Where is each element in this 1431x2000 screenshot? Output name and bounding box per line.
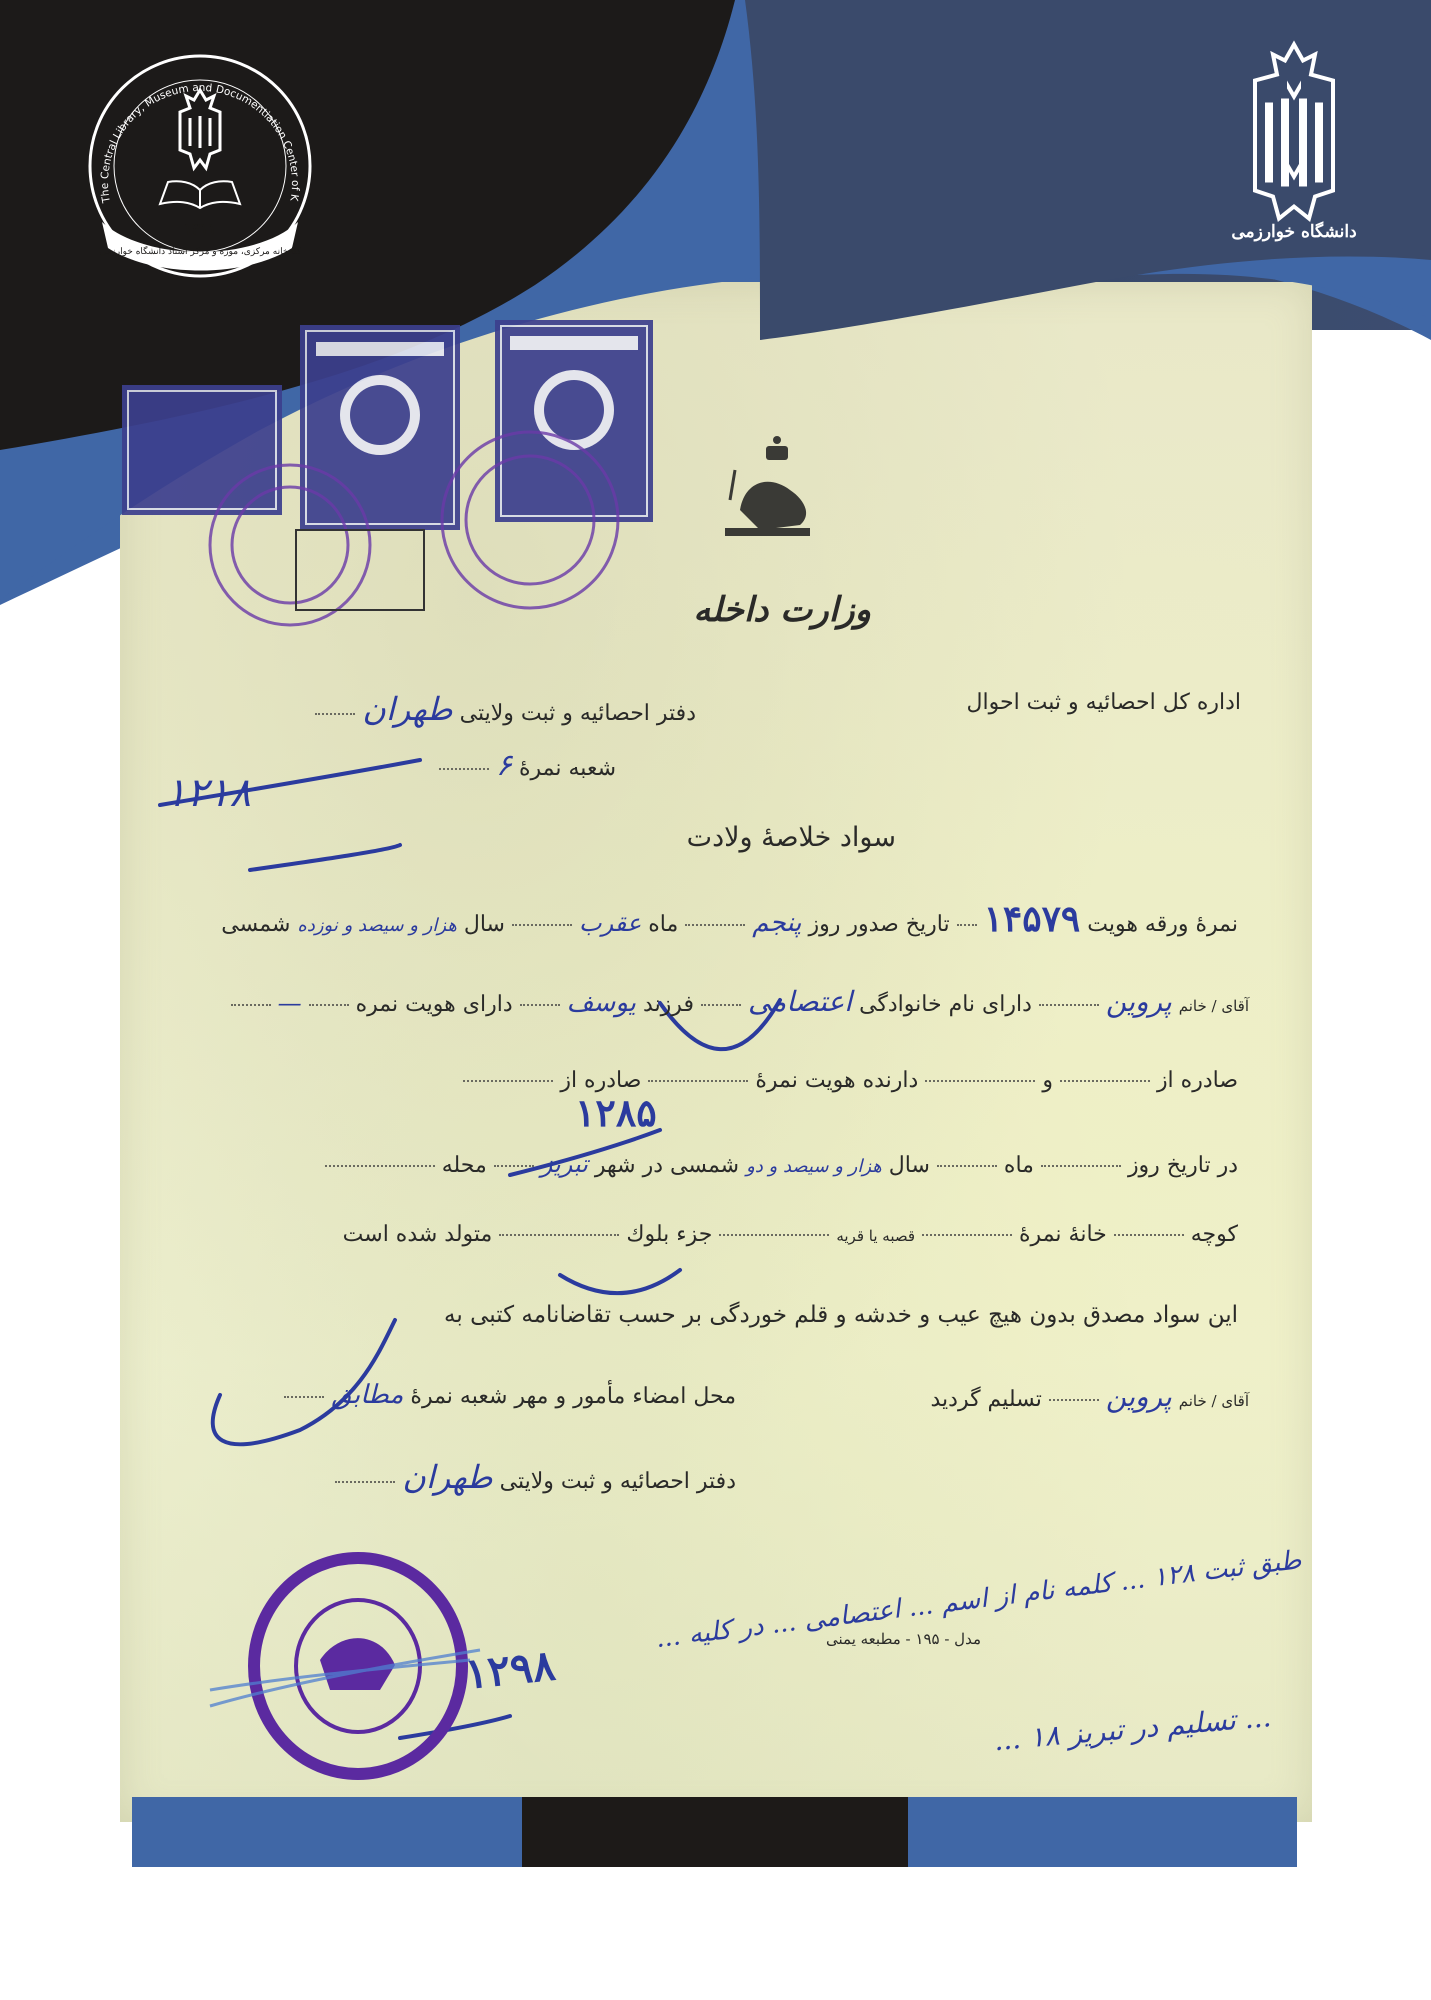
logo-year: ۱۳۱۱	[184, 220, 216, 238]
father-name: یوسف	[567, 988, 636, 1018]
form-line-birth-date: در تاریخ روز ماه سال هزار و سیصد و دو شم…	[325, 1150, 1238, 1178]
margin-note-year: ۱۲۱۸	[165, 770, 251, 816]
certification-text: این سواد مصدق بدون هیچ عیب و خدشه و قلم …	[444, 1302, 1238, 1328]
form-line-address: کوچه خانهٔ نمرهٔ قصبه یا قریه جزء بلوك م…	[343, 1222, 1238, 1247]
person-first-name: پروین	[1106, 985, 1172, 1018]
office-left-heading: اداره کل احصائیه و ثبت احوال	[967, 690, 1241, 715]
recipient-line: آقای / خانم پروین تسلیم گردید	[930, 1380, 1249, 1413]
footer-bar-right	[908, 1797, 1297, 1867]
form-model-text: مدل - ۱۹۵ - مطبعه یمنی	[826, 1630, 981, 1648]
signature-line: محل امضاء مأمور و مهر شعبه نمرهٔ مطابق	[284, 1380, 736, 1410]
handwritten-year: ۱۲۹۸	[463, 1640, 558, 1698]
central-library-logo: The Central Library, Museum and Document…	[86, 52, 314, 280]
footer-bar-left	[132, 1797, 522, 1867]
birth-city: تبریز	[541, 1150, 588, 1178]
branch-value: ۶	[496, 748, 512, 783]
birth-year-words: هزار و سیصد و دو	[746, 1156, 882, 1177]
form-line-id-number: نمرهٔ ورقه هویت ۱۴۵۷۹ تاریخ صدور روز پنج…	[221, 898, 1238, 940]
branch-number-line: شعبه نمرهٔ ۶	[439, 748, 616, 783]
office-right-heading: دفتر احصائیه و ثبت ولایتی طهران	[315, 690, 696, 728]
birth-year-annotation: ۱۲۸۵	[575, 1090, 657, 1135]
ministry-title: وزارت داخله	[693, 590, 871, 630]
form-title: سواد خلاصهٔ ولادت	[687, 822, 896, 853]
person-family-name: اعتصامی	[748, 985, 852, 1018]
id-number-value: ۱۴۵۷۹	[984, 898, 1081, 940]
university-name-caption: دانشگاه خوارزمی	[1225, 222, 1363, 242]
form-line-name: آقای / خانم پروین دارای نام خانوادگی اعت…	[231, 985, 1249, 1018]
office-footer-value: طهران	[402, 1458, 492, 1496]
logo-banner-text: کتابخانه مرکزی، موزه و مرکز اسناد دانشگا…	[99, 245, 301, 257]
branch-label: شعبه نمرهٔ	[519, 756, 616, 781]
kharazmi-university-logo	[1225, 28, 1363, 253]
office-right-label: دفتر احصائیه و ثبت ولایتی	[460, 701, 696, 726]
recipient-name: پروین	[1106, 1380, 1172, 1413]
signature-value: مطابق	[331, 1380, 403, 1410]
office-footer-line: دفتر احصائیه و ثبت ولایتی طهران	[335, 1458, 736, 1496]
office-right-value: طهران	[362, 690, 452, 728]
footer-bar-middle	[522, 1797, 908, 1867]
